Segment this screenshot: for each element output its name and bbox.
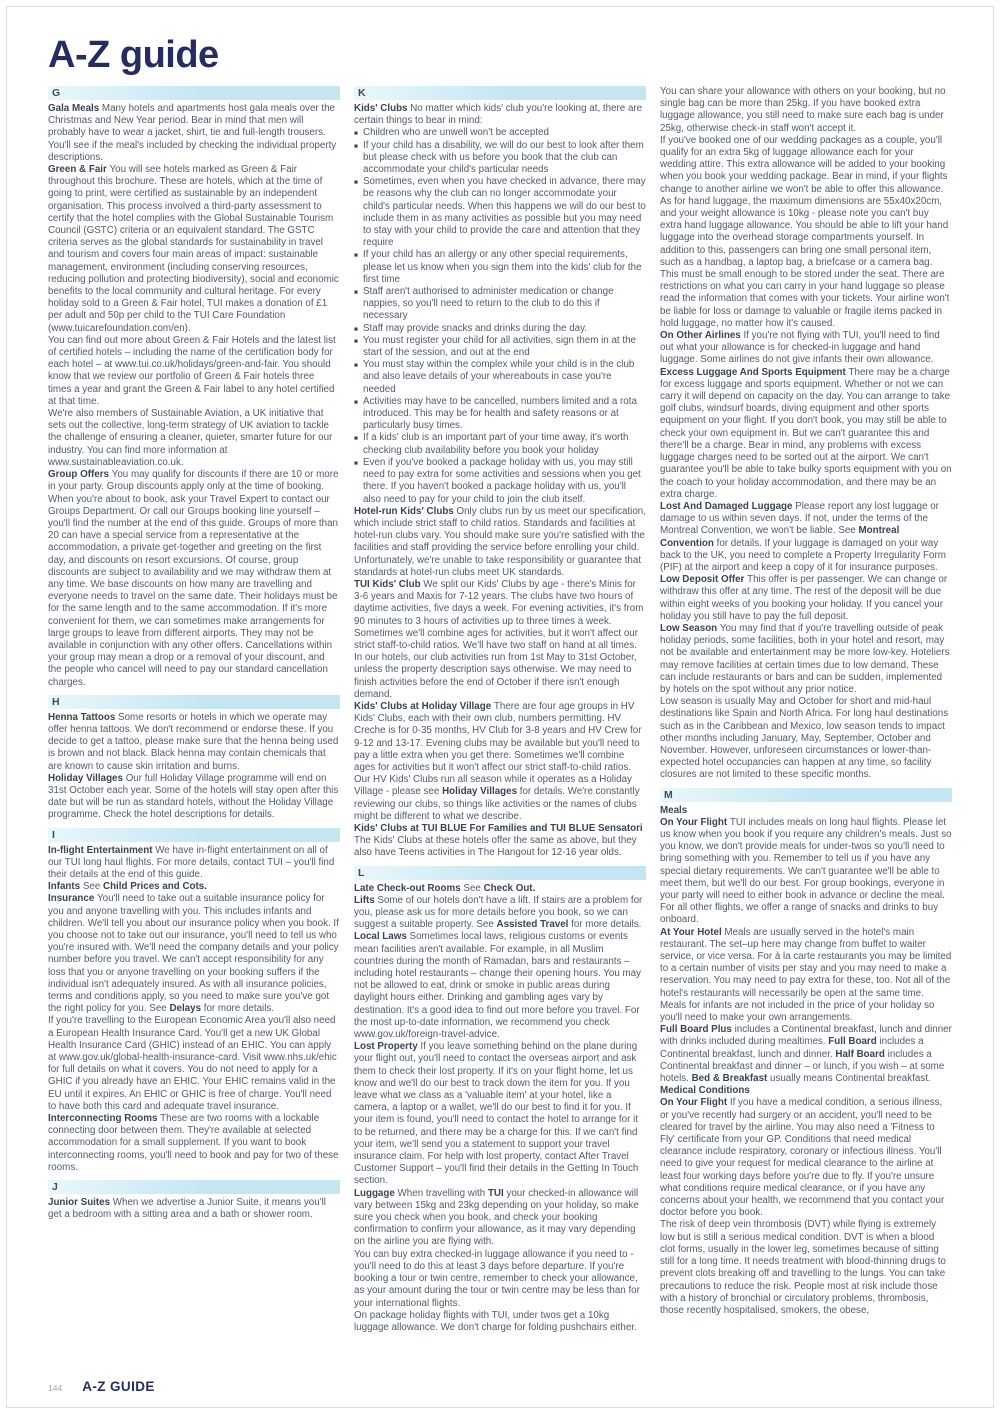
bullet-icon: ■: [354, 141, 358, 152]
column-2: KKids' Clubs No matter which kids' club …: [354, 86, 646, 1334]
bullet-item: ■Staff aren't authorised to administer m…: [354, 286, 646, 323]
section-header-k: K: [354, 86, 646, 100]
text-run: Low season is usually May and October fo…: [660, 696, 948, 780]
text-run: If you leave something behind on the pla…: [354, 1041, 638, 1186]
term-bold: Lost Property: [354, 1041, 420, 1052]
paragraph: Infants See Child Prices and Cots.: [48, 881, 340, 893]
text-run: You'll need to take out a suitable insur…: [48, 893, 339, 1014]
bullet-icon: ■: [354, 250, 358, 261]
paragraph: On Your Flight If you have a medical con…: [660, 1097, 952, 1219]
term-bold: Holiday Villages: [442, 786, 517, 797]
text-run: You must register your child for all act…: [363, 335, 636, 358]
section-letter: L: [358, 867, 364, 879]
term-bold: On Your Flight: [660, 1097, 730, 1108]
bullet-item: ■If your child has a disability, we will…: [354, 140, 646, 177]
bullet-item: ■Activities may have to be cancelled, nu…: [354, 396, 646, 433]
term-bold: Local Laws: [354, 931, 410, 942]
section-header-j: J: [48, 1180, 340, 1194]
text-run: If your child has an allergy or any othe…: [363, 249, 642, 284]
paragraph: On package holiday flights with TUI, und…: [354, 1310, 646, 1334]
column-1: GGala Meals Many hotels and apartments h…: [48, 86, 340, 1221]
paragraph: Junior Suites When we advertise a Junior…: [48, 1197, 340, 1221]
bullet-icon: ■: [354, 287, 358, 298]
section-header-m: M: [660, 788, 952, 802]
bullet-item: ■You must register your child for all ac…: [354, 335, 646, 359]
bullet-icon: ■: [354, 324, 358, 335]
text-run: for more details.: [568, 919, 641, 930]
term-bold: Late Check-out Rooms: [354, 883, 463, 894]
text-run: If a kids' club is an important part of …: [363, 432, 628, 455]
term-bold: Assisted Travel: [497, 919, 569, 930]
columns: GGala Meals Many hotels and apartments h…: [48, 86, 952, 1334]
term-bold: Luggage: [354, 1188, 398, 1199]
term-bold: Kids' Clubs at Holiday Village: [354, 701, 494, 712]
bullet-item: ■If a kids' club is an important part of…: [354, 432, 646, 456]
text-run: for more details.: [201, 1003, 274, 1014]
text-run: If your child has a disability, we will …: [363, 140, 644, 175]
paragraph: Henna Tattoos Some resorts or hotels in …: [48, 712, 340, 773]
term-bold: Full Board: [828, 1036, 876, 1047]
paragraph: Kids' Clubs No matter which kids' club y…: [354, 103, 646, 127]
paragraph: You can buy extra checked-in luggage all…: [354, 1249, 646, 1310]
paragraph: Insurance You'll need to take out a suit…: [48, 893, 340, 1015]
term-bold: Henna Tattoos: [48, 712, 118, 723]
term-bold: Low Season: [660, 623, 720, 634]
section-letter: H: [52, 696, 60, 708]
text-run: Sometimes, even when you have checked in…: [363, 176, 646, 248]
section-letter: I: [52, 829, 55, 841]
bullet-item: ■Children who are unwell won't be accept…: [354, 127, 646, 139]
paragraph: The risk of deep vein thrombosis (DVT) w…: [660, 1219, 952, 1317]
bullet-icon: ■: [354, 458, 358, 469]
bullet-icon: ■: [354, 397, 358, 408]
term-bold: Bed & Breakfast: [692, 1073, 768, 1084]
bullet-icon: ■: [354, 433, 358, 444]
paragraph: Interconnecting Rooms These are two room…: [48, 1113, 340, 1174]
term-bold: Child Prices and Cots.: [103, 881, 207, 892]
text-run: We split our Kids' Clubs by age - there'…: [354, 579, 643, 700]
paragraph: Low season is usually May and October fo…: [660, 696, 952, 781]
text-run: Even if you've booked a package holiday …: [363, 457, 641, 505]
term-bold: On Other Airlines: [660, 330, 743, 341]
paragraph: Group Offers You may qualify for discoun…: [48, 469, 340, 689]
text-run: You may qualify for discounts if there a…: [48, 469, 338, 687]
page-footer: 144 A-Z GUIDE: [48, 1379, 155, 1394]
text-run: See: [463, 883, 483, 894]
text-run: Sometimes local laws, religious customs …: [354, 931, 641, 1040]
paragraph: Meals: [660, 805, 952, 817]
paragraph: In-flight Entertainment We have in-fligh…: [48, 845, 340, 882]
term-bold: Infants: [48, 881, 83, 892]
text-run: Children who are unwell won't be accepte…: [363, 127, 549, 138]
text-run: There may be a charge for excess luggage…: [660, 367, 952, 500]
text-run: We're also members of Sustainable Aviati…: [48, 408, 332, 468]
page: A-Z guide GGala Meals Many hotels and ap…: [0, 0, 1000, 1414]
text-run: Meals are usually served in the hotel's …: [660, 927, 951, 1023]
paragraph: Lost Property If you leave something beh…: [354, 1041, 646, 1187]
paragraph: Luggage When travelling with TUI your ch…: [354, 1188, 646, 1249]
paragraph: Hotel-run Kids' Clubs Only clubs run by …: [354, 506, 646, 579]
text-run: Staff may provide snacks and drinks duri…: [363, 323, 587, 334]
bullet-icon: ■: [354, 128, 358, 139]
footer-label: A-Z GUIDE: [82, 1379, 155, 1394]
bullet-icon: ■: [354, 336, 358, 347]
term-bold: On Your Flight: [660, 817, 730, 828]
term-bold: In-flight Entertainment: [48, 845, 155, 856]
text-run: You can find out more about Green & Fair…: [48, 335, 336, 407]
paragraph: Lost And Damaged Luggage Please report a…: [660, 501, 952, 574]
bullet-icon: ■: [354, 360, 358, 371]
section-letter: G: [52, 87, 60, 99]
paragraph: Kids' Clubs at TUI BLUE For Families and…: [354, 823, 646, 860]
term-bold: Kids' Clubs at TUI BLUE For Families and…: [354, 823, 643, 834]
term-bold: Medical Conditions: [660, 1085, 750, 1096]
bullet-item: ■You must stay within the complex while …: [354, 359, 646, 396]
section-letter: K: [358, 87, 366, 99]
term-bold: Lost And Damaged Luggage: [660, 501, 795, 512]
paragraph: As for hand luggage, the maximum dimensi…: [660, 196, 952, 330]
text-run: TUI includes meals on long haul flights.…: [660, 817, 952, 926]
paragraph: TUI Kids' Club We split our Kids' Clubs …: [354, 579, 646, 701]
term-bold: Hotel-run Kids' Clubs: [354, 506, 456, 517]
section-header-g: G: [48, 86, 340, 100]
bullet-icon: ■: [354, 177, 358, 188]
term-bold: Full Board Plus: [660, 1024, 735, 1035]
term-bold: Interconnecting Rooms: [48, 1113, 160, 1124]
paragraph: On Your Flight TUI includes meals on lon…: [660, 817, 952, 927]
section-letter: J: [52, 1181, 58, 1193]
paragraph: Low Season You may find that if you're t…: [660, 623, 952, 696]
term-bold: Low Deposit Offer: [660, 574, 747, 585]
paragraph: Holiday Villages Our full Holiday Villag…: [48, 773, 340, 822]
section-header-h: H: [48, 695, 340, 709]
paragraph: Full Board Plus includes a Continental b…: [660, 1024, 952, 1085]
term-bold: TUI Kids' Club: [354, 579, 423, 590]
paragraph: Lifts Some of our hotels don't have a li…: [354, 895, 646, 932]
paragraph: If you've booked one of our wedding pack…: [660, 135, 952, 196]
term-bold: Lifts: [354, 895, 377, 906]
section-header-i: I: [48, 828, 340, 842]
paragraph: You can find out more about Green & Fair…: [48, 335, 340, 408]
text-run: You can buy extra checked-in luggage all…: [354, 1249, 640, 1309]
bullet-item: ■Even if you've booked a package holiday…: [354, 457, 646, 506]
column-3: You can share your allowance with others…: [660, 86, 952, 1317]
paragraph: Green & Fair You will see hotels marked …: [48, 164, 340, 335]
term-bold: Excess Luggage And Sports Equipment: [660, 367, 849, 378]
term-bold: Meals: [660, 805, 687, 816]
paragraph: At Your Hotel Meals are usually served i…: [660, 927, 952, 1025]
text-run: See: [83, 881, 103, 892]
paragraph: Low Deposit Offer This offer is per pass…: [660, 574, 952, 623]
text-run: If you've booked one of our wedding pack…: [660, 135, 948, 195]
text-run: If you have a medical condition, a serio…: [660, 1097, 944, 1218]
paragraph: On Other Airlines If you're not flying w…: [660, 330, 952, 367]
bullet-item: ■Sometimes, even when you have checked i…: [354, 176, 646, 249]
text-run: You can share your allowance with others…: [660, 86, 946, 134]
term-bold: Holiday Villages: [48, 773, 126, 784]
term-bold: Delays: [169, 1003, 201, 1014]
text-run: As for hand luggage, the maximum dimensi…: [660, 196, 949, 329]
paragraph: You can share your allowance with others…: [660, 86, 952, 135]
paragraph: Late Check-out Rooms See Check Out.: [354, 883, 646, 895]
paragraph: We're also members of Sustainable Aviati…: [48, 408, 340, 469]
term-bold: Check Out.: [484, 883, 536, 894]
paragraph: Medical Conditions: [660, 1085, 952, 1097]
text-run: usually means Continental breakfast.: [767, 1073, 930, 1084]
text-run: You will see hotels marked as Green & Fa…: [48, 164, 339, 334]
term-bold: Group Offers: [48, 469, 112, 480]
term-bold: Insurance: [48, 893, 97, 904]
term-bold: At Your Hotel: [660, 927, 724, 938]
section-letter: M: [664, 789, 673, 801]
paragraph: Local Laws Sometimes local laws, religio…: [354, 931, 646, 1041]
text-run: When travelling with: [398, 1188, 488, 1199]
text-run: On package holiday flights with TUI, und…: [354, 1310, 637, 1333]
term-bold: Gala Meals: [48, 103, 102, 114]
text-run: If you're travelling to the European Eco…: [48, 1015, 337, 1111]
term-bold: TUI: [488, 1188, 504, 1199]
text-run: Staff aren't authorised to administer me…: [363, 286, 614, 321]
text-run: There are four age groups in HV Kids' Cl…: [354, 701, 642, 797]
paragraph: If you're travelling to the European Eco…: [48, 1015, 340, 1113]
page-title: A-Z guide: [48, 34, 219, 77]
text-run: Activities may have to be cancelled, num…: [363, 396, 637, 431]
text-run: The Kids' Clubs at these hotels offer th…: [354, 835, 637, 858]
text-run: The risk of deep vein thrombosis (DVT) w…: [660, 1219, 946, 1315]
term-bold: Kids' Clubs: [354, 103, 410, 114]
section-header-l: L: [354, 866, 646, 880]
text-run: You must stay within the complex while y…: [363, 359, 634, 394]
bullet-item: ■If your child has an allergy or any oth…: [354, 249, 646, 286]
paragraph: Gala Meals Many hotels and apartments ho…: [48, 103, 340, 164]
bullet-item: ■Staff may provide snacks and drinks dur…: [354, 323, 646, 335]
page-number: 144: [48, 1383, 62, 1393]
term-bold: Half Board: [835, 1049, 885, 1060]
paragraph: Excess Luggage And Sports Equipment Ther…: [660, 367, 952, 501]
term-bold: Junior Suites: [48, 1197, 113, 1208]
term-bold: Green & Fair: [48, 164, 110, 175]
paragraph: Kids' Clubs at Holiday Village There are…: [354, 701, 646, 823]
